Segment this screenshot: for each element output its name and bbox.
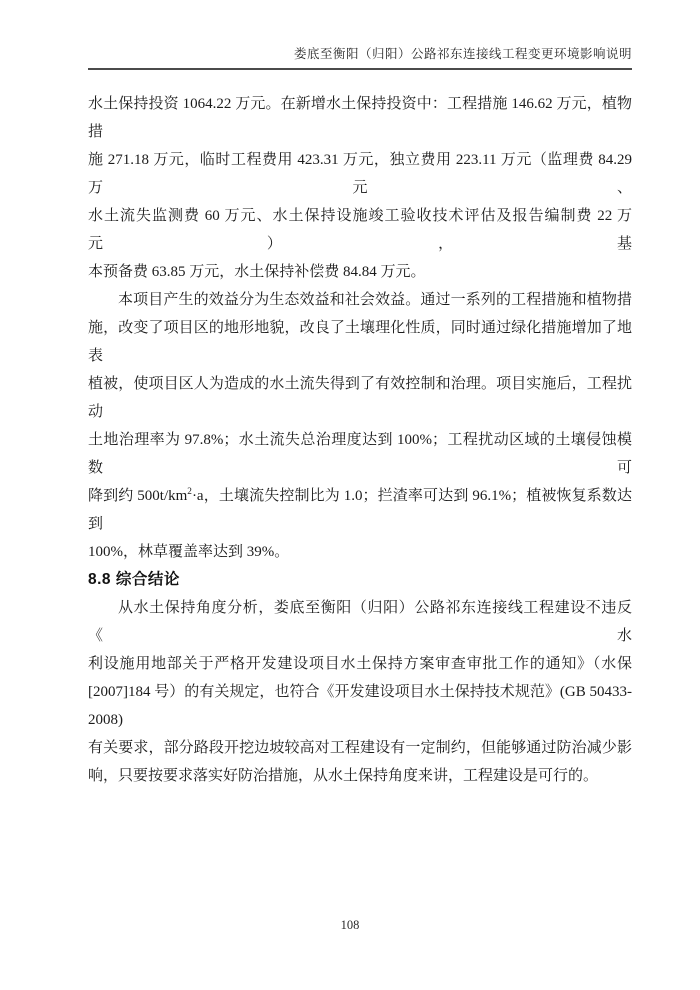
body-line: 土地治理率为 97.8%；水土流失总治理度达到 100%；工程扰动区域的土壤侵蚀… — [88, 426, 632, 482]
body-line: [2007]184 号）的有关规定，也符合《开发建设项目水土保持技术规范》(GB… — [88, 678, 632, 734]
body-line: 施，改变了项目区的地形地貌，改良了土壤理化性质，同时通过绿化措施增加了地表 — [88, 314, 632, 370]
body-line: 从水土保持角度分析，娄底至衡阳（归阳）公路祁东连接线工程建设不违反《水 — [88, 594, 632, 650]
header-title: 娄底至衡阳（归阳）公路祁东连接线工程变更环境影响说明 — [88, 46, 632, 62]
body-line: 降到约 500t/km2·a，土壤流失控制比为 1.0；拦渣率可达到 96.1%… — [88, 482, 632, 538]
header-rule — [88, 68, 632, 70]
section-heading: 8.8 综合结论 — [88, 566, 632, 594]
body-line: 响，只要按要求落实好防治措施，从水土保持角度来讲，工程建设是可行的。 — [88, 762, 632, 790]
body-line: 有关要求，部分路段开挖边坡较高对工程建设有一定制约，但能够通过防治减少影 — [88, 734, 632, 762]
body-line-text: 降到约 500t/km — [88, 488, 187, 504]
body-line: 本预备费 63.85 万元，水土保持补偿费 84.84 万元。 — [88, 258, 632, 286]
body-line: 施 271.18 万元，临时工程费用 423.31 万元，独立费用 223.11… — [88, 146, 632, 202]
document-page: 娄底至衡阳（归阳）公路祁东连接线工程变更环境影响说明 水土保持投资 1064.2… — [0, 0, 700, 990]
body-line: 水土保持投资 1064.22 万元。在新增水土保持投资中：工程措施 146.62… — [88, 90, 632, 146]
page-footer: 108 — [0, 917, 700, 933]
body-line: 100%，林草覆盖率达到 39%。 — [88, 538, 632, 566]
body-line: 水土流失监测费 60 万元、水土保持设施竣工验收技术评估及报告编制费 22 万元… — [88, 202, 632, 258]
body-line: 利设施用地部关于严格开发建设项目水土保持方案审查审批工作的通知》（水保 — [88, 650, 632, 678]
page-body: 水土保持投资 1064.22 万元。在新增水土保持投资中：工程措施 146.62… — [88, 90, 632, 790]
body-line: 本项目产生的效益分为生态效益和社会效益。通过一系列的工程措施和植物措 — [88, 286, 632, 314]
page-number: 108 — [341, 918, 360, 932]
body-line: 植被，使项目区人为造成的水土流失得到了有效控制和治理。项目实施后，工程扰动 — [88, 370, 632, 426]
